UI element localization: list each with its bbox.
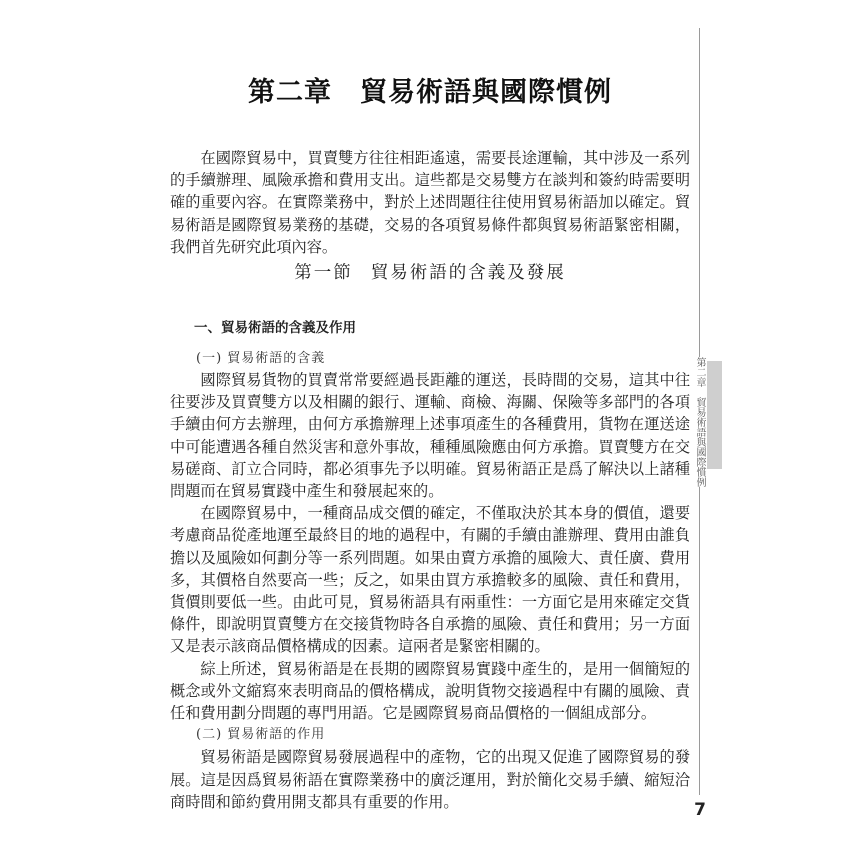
chapter-thumb-tab xyxy=(707,361,722,469)
chapter-number: 第二章 xyxy=(248,77,332,108)
paragraph: 國際貿易貨物的買賣常常要經過長距離的運送，長時間的交易，這其中往往要涉及買賣雙方… xyxy=(170,369,690,502)
page-number: 7 xyxy=(690,800,710,820)
paragraph: 綜上所述，貿易術語是在長期的國際貿易實踐中產生的，是用一個簡短的概念或外文縮寫來… xyxy=(170,658,690,725)
intro-block: 在國際貿易中，買賣雙方往往相距遙遠，需要長途運輸，其中涉及一系列的手續辦理、風險… xyxy=(170,147,690,258)
subsection-heading-2: (二) 貿易術語的作用 xyxy=(170,724,690,746)
main-body: 國際貿易貨物的買賣常常要經過長距離的運送，長時間的交易，這其中往往要涉及買賣雙方… xyxy=(170,369,690,813)
side-chapter-label: 第二章 貿易術語與國際慣例 xyxy=(693,357,706,487)
chapter-title-text: 貿易術語與國際慣例 xyxy=(360,77,612,108)
chapter-title: 第二章貿易術語與國際慣例 xyxy=(150,70,710,109)
book-page: 第二章貿易術語與國際慣例 在國際貿易中，買賣雙方往往相距遙遠，需要長途運輸，其中… xyxy=(0,0,850,850)
section-title: 第一節貿易術語的含義及發展 xyxy=(150,259,710,284)
heading-level-1: 一、貿易術語的含義及作用 xyxy=(194,316,356,336)
section-number: 第一節 xyxy=(294,263,353,283)
intro-paragraph: 在國際貿易中，買賣雙方往往相距遙遠，需要長途運輸，其中涉及一系列的手續辦理、風險… xyxy=(170,147,690,258)
subsection-heading-1: (一) 貿易術語的含義 xyxy=(196,347,325,366)
paragraph: 貿易術語是國際貿易發展過程中的產物，它的出現又促進了國際貿易的發展。這是因爲貿易… xyxy=(170,746,690,813)
paragraph: 在國際貿易中，一種商品成交價的確定，不僅取決於其本身的價值，還要考慮商品從產地運… xyxy=(170,502,690,657)
section-title-text: 貿易術語的含義及發展 xyxy=(371,263,566,283)
